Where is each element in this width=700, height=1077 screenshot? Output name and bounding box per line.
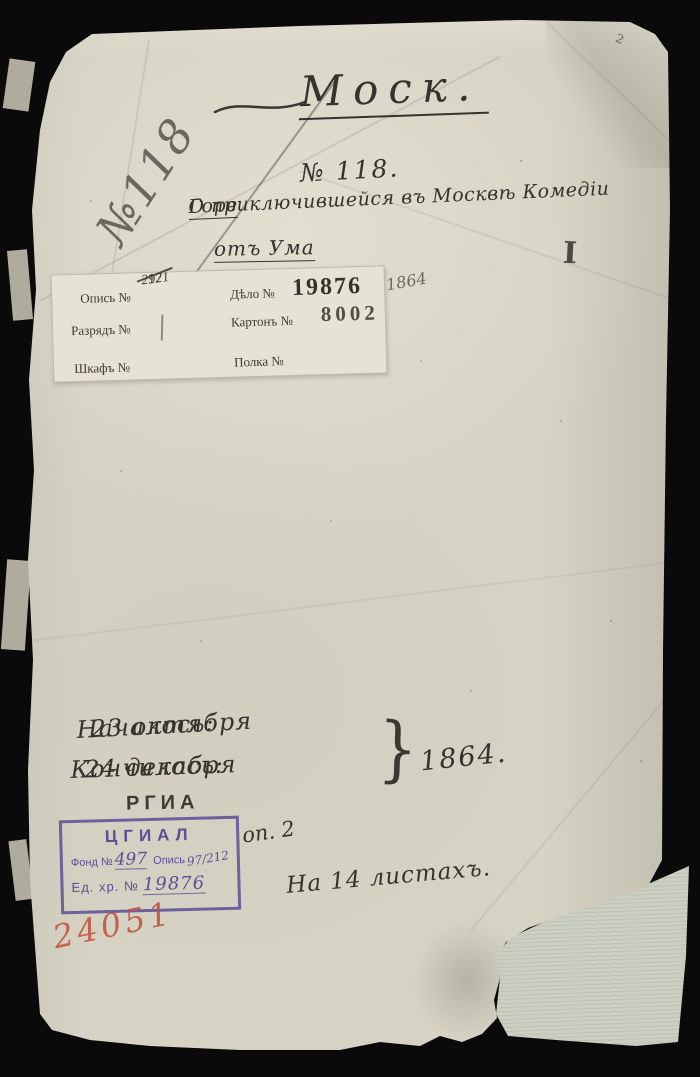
case-title-line2: отъ Ума xyxy=(214,235,315,263)
photo-frame: №118 2 Моск. № 118. О приключившейся въ … xyxy=(0,0,700,1077)
case-title-underlined-word: Горе xyxy=(188,194,238,220)
fond-value: 497 xyxy=(114,851,147,870)
fond-label: Фонд № xyxy=(71,856,113,869)
sheets-note: На 14 листахъ. xyxy=(285,855,492,899)
volume-numeral: I xyxy=(562,236,578,272)
archive-label: Опись № 972121 Дѣло № 19876 Разрядъ № Ка… xyxy=(51,265,388,382)
opis-label: Опись № xyxy=(80,289,131,306)
paper-scrap xyxy=(1,559,31,650)
case-number: № 118. xyxy=(299,153,400,187)
ed-hr-row: Ед. хр. № 19876 xyxy=(71,874,229,897)
fond-row: Фонд № 497 Опись 97/212 xyxy=(71,849,229,871)
paper-scrap xyxy=(3,58,36,111)
stamp-opis-label: Опись xyxy=(153,854,185,867)
pencil-file-number: №118 xyxy=(85,116,201,254)
opis-handwritten-fraction: 972121 xyxy=(136,270,174,278)
paper-scrap xyxy=(7,249,33,320)
delo-label: Дѣло № xyxy=(230,285,275,302)
corner-fold-shading xyxy=(545,18,675,168)
shkaf-label: Шкафъ № xyxy=(74,360,130,378)
stamp-opis-value: 97/212 xyxy=(186,849,230,868)
razryad-pencil-mark xyxy=(161,315,164,341)
ed-hr-label: Ед. хр. № xyxy=(71,878,139,895)
dates-year: 1864. xyxy=(419,738,509,778)
page-title: Моск. xyxy=(297,61,489,121)
karton-number: 8002 xyxy=(320,301,379,328)
delo-number: 19876 xyxy=(292,273,363,302)
rgia-stamp: РГИА xyxy=(126,791,200,815)
paper-speckles xyxy=(0,0,2,2)
case-title-text: О приключившейся въ Москвѣ Комедіи xyxy=(188,178,610,218)
opis-denominator: 2121 xyxy=(140,271,170,289)
crease-line xyxy=(30,561,670,642)
started-value: 23 октября xyxy=(90,707,253,743)
dates-brace: } xyxy=(377,706,419,791)
ed-hr-value: 19876 xyxy=(143,875,206,896)
ink-flourish xyxy=(213,90,308,120)
pencil-year-note: 1864 xyxy=(385,269,428,295)
opis-ink-note: оп. 2 xyxy=(241,816,297,847)
tsgial-title: ЦГИАЛ xyxy=(70,824,228,848)
karton-label: Картонъ № xyxy=(231,313,293,331)
ended-value: 24 декабря xyxy=(84,750,237,783)
razryad-label: Разрядъ № xyxy=(71,321,131,339)
polka-label: Полка № xyxy=(234,353,284,370)
